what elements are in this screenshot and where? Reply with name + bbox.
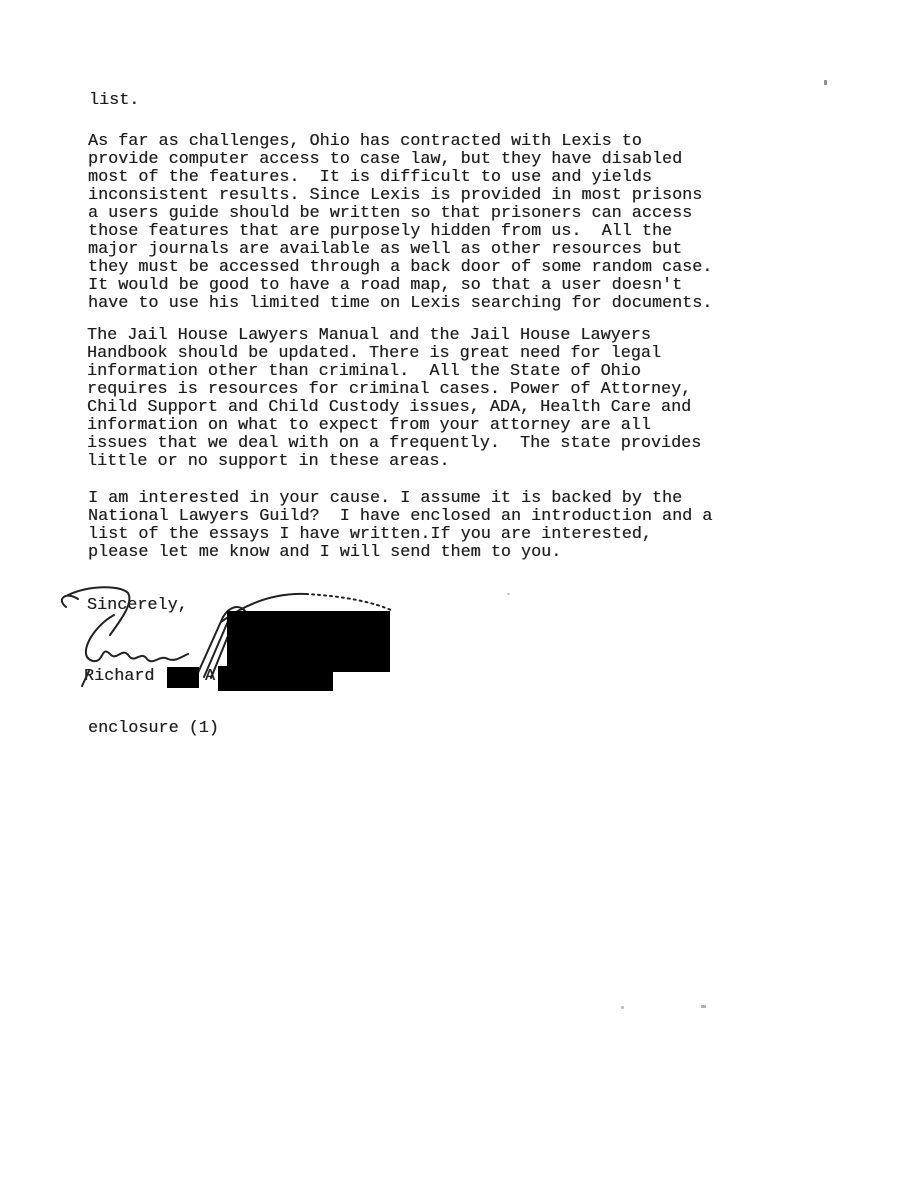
redaction-box-signature [227, 611, 390, 672]
typed-middle-initial: A [205, 668, 215, 686]
scan-speck [824, 80, 827, 85]
scan-speck [701, 1005, 706, 1008]
redaction-box-surname [218, 666, 333, 691]
scanned-letter-page: list. As far as challenges, Ohio has con… [0, 0, 918, 1188]
scan-speck [621, 1006, 624, 1009]
letter-paragraph-lexis: As far as challenges, Ohio has contracte… [88, 133, 712, 313]
enclosure-note: enclosure (1) [88, 720, 219, 738]
redaction-box-middle [167, 667, 199, 688]
letter-paragraph-manual: The Jail House Lawyers Manual and the Ja… [87, 327, 701, 471]
typed-first-name: Richard [84, 668, 155, 686]
page-fragment-line: list. [89, 92, 139, 110]
letter-paragraph-cause: I am interested in your cause. I assume … [88, 490, 712, 562]
scan-speck [507, 593, 510, 595]
